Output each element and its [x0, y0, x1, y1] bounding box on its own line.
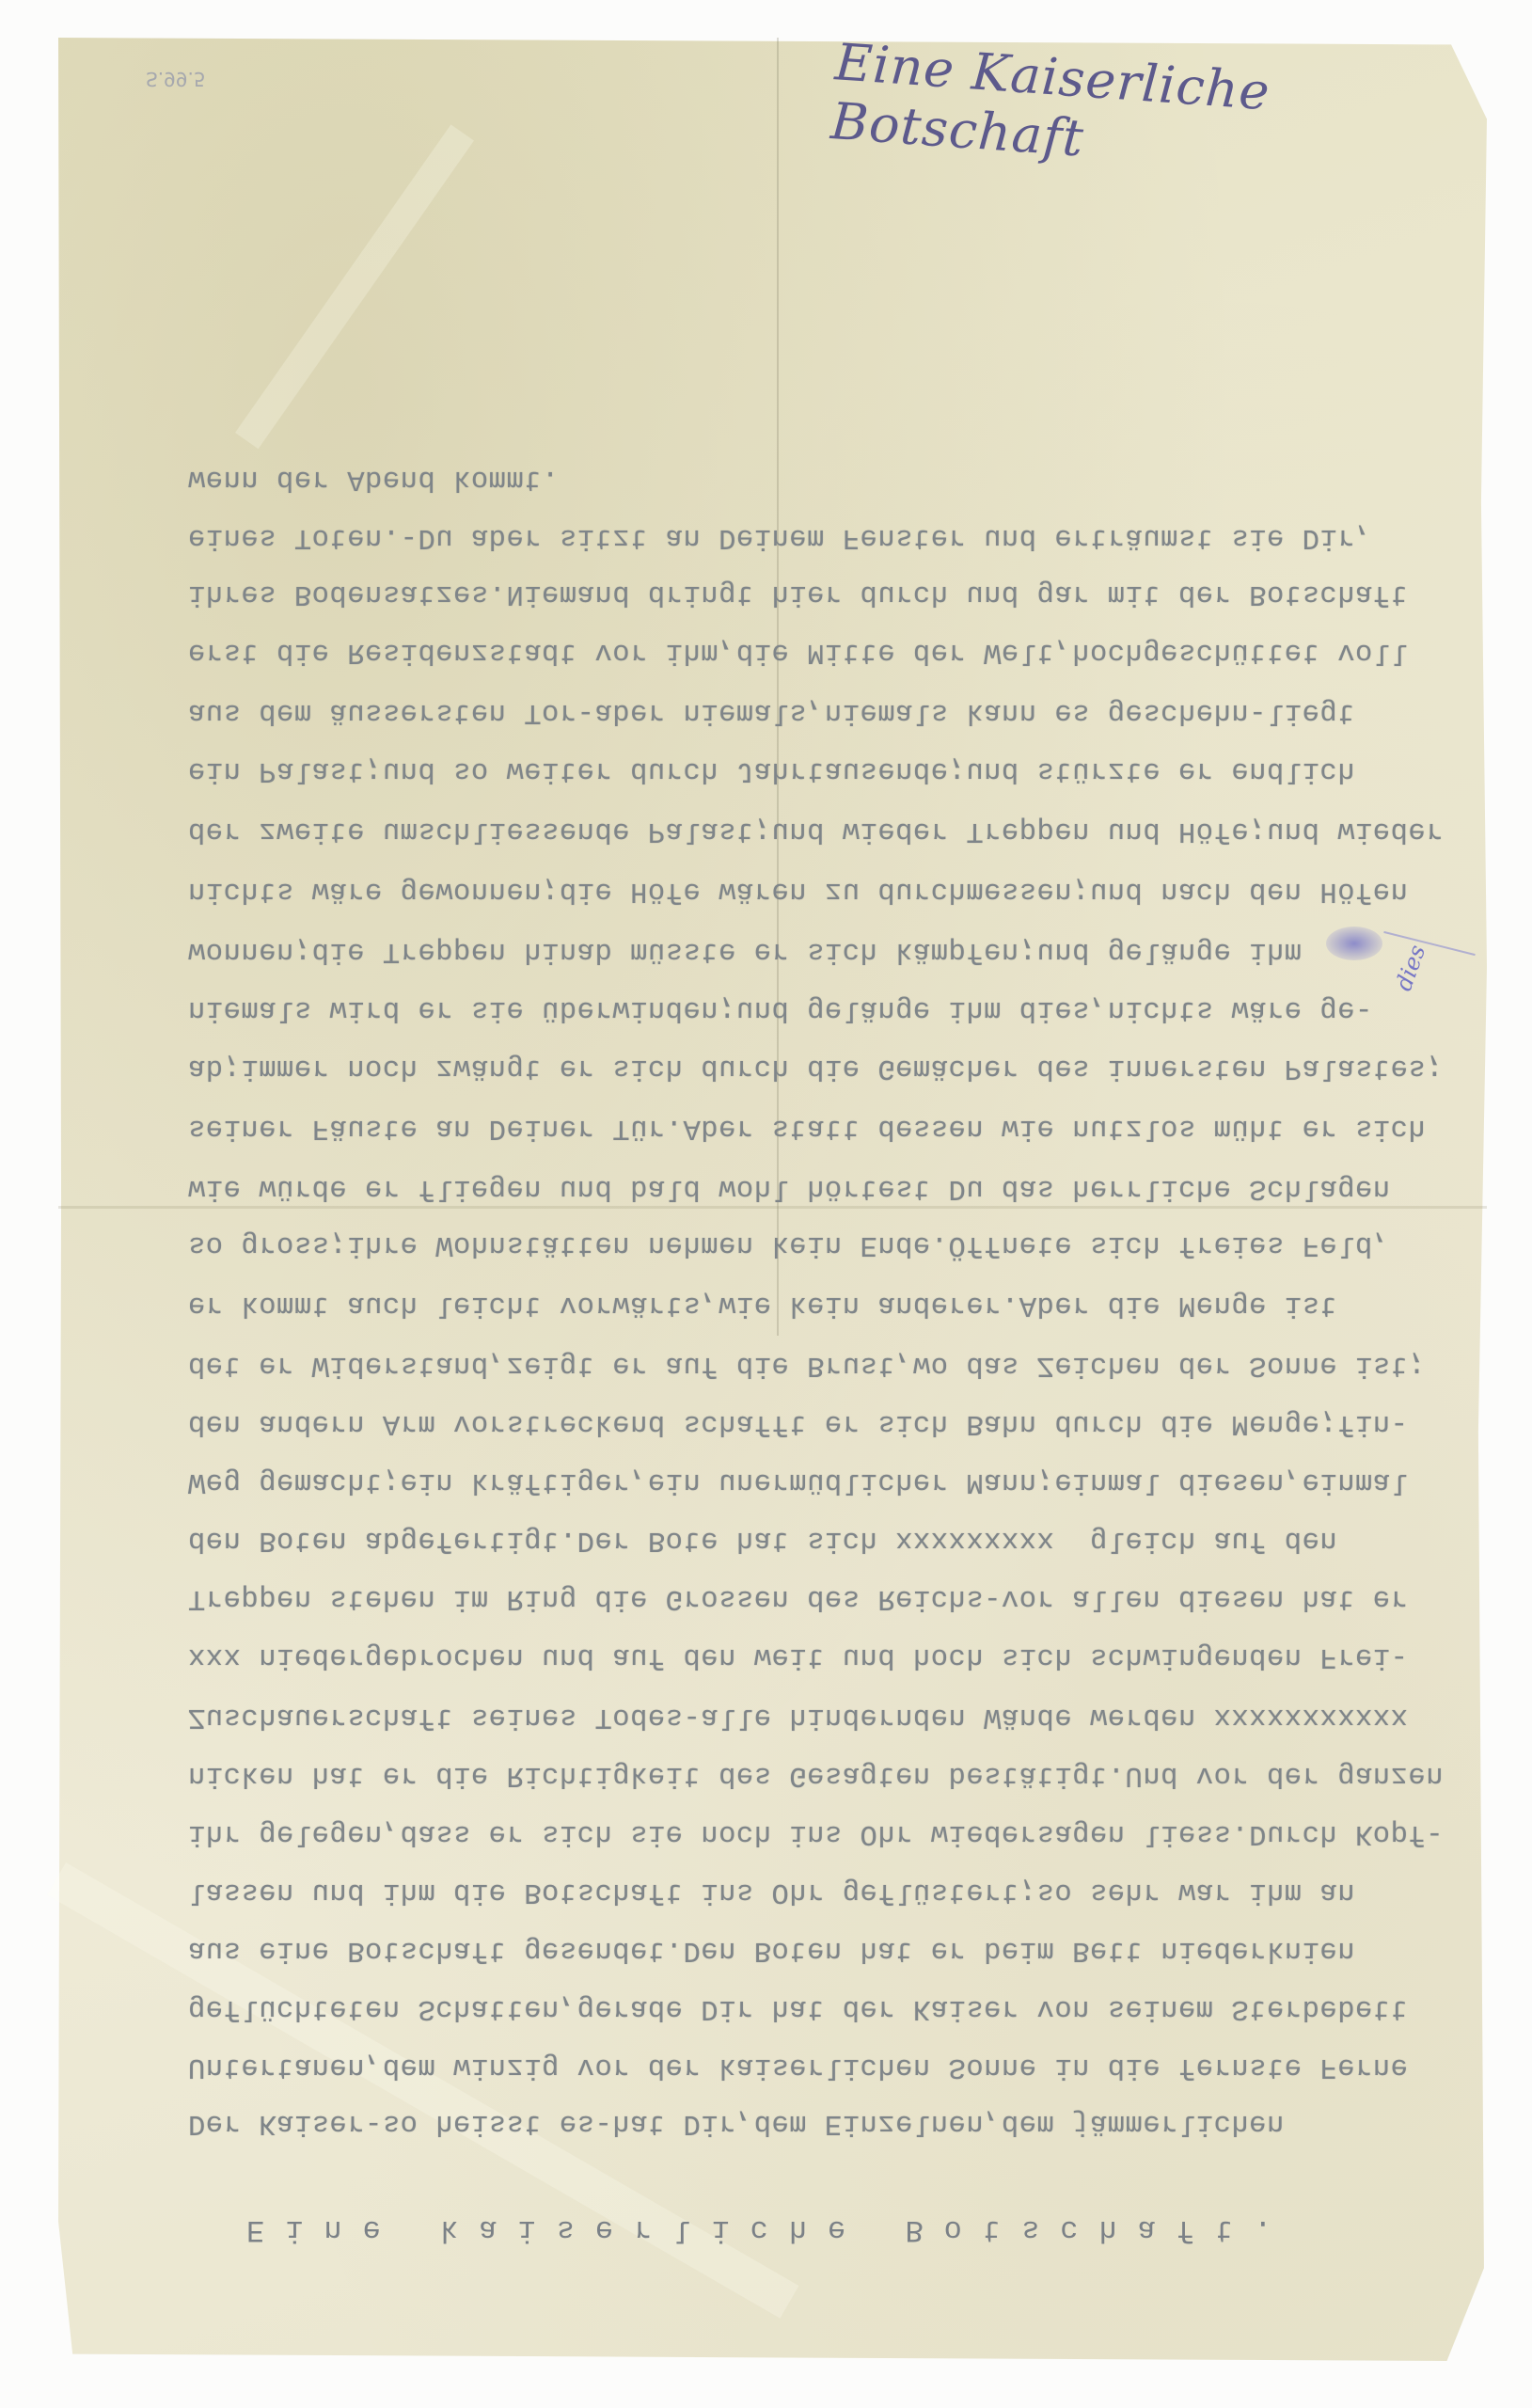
typed-line: eines Toten.-Du aber sitzt an Deinem Fen…	[188, 521, 1373, 553]
typed-line: nichts wäre gewonnen;die Höfe wären zu d…	[188, 875, 1408, 907]
typed-line: den andern Arm vorstreckend schafft er s…	[188, 1407, 1408, 1439]
typed-line: xxx niedergebrochen und auf den weit und…	[188, 1640, 1408, 1672]
typed-line: wie würde er fliegen und bald wohl hörte…	[188, 1172, 1391, 1204]
typed-line: Untertanen,dem winzig vor der kaiserlich…	[188, 2051, 1408, 2083]
typed-line: Der Kaiser-so heisst es-hat Dir,dem Einz…	[188, 2107, 1285, 2139]
typed-line: Weg gemacht;ein kräftiger,ein unermüdlic…	[188, 1465, 1408, 1497]
typed-line: nicken hat er die Richtigkeit des Gesagt…	[188, 1759, 1444, 1791]
typed-line: der zweite umschliessende Palast;und wie…	[188, 815, 1444, 847]
typed-line: aus eine Botschaft gesendet.Den Boten ha…	[188, 1934, 1355, 1966]
typed-line: Zuschauerschaft seines Todes-alle hinder…	[188, 1701, 1408, 1733]
typed-line: erst die Residenzstadt vor ihm,die Mitte…	[188, 636, 1408, 668]
typed-line: so gross;ihre Wohnstätten nehmen kein En…	[188, 1228, 1391, 1260]
typed-document-title: Eine kaiserliche Botschaft.	[246, 2212, 1292, 2247]
typed-line: seiner Fäuste an Deiner Tür.Aber statt d…	[188, 1112, 1426, 1144]
typed-line: ein Palast;und so weiter durch Jahrtause…	[188, 754, 1355, 786]
typed-line: ihres Bodensatzes.Niemand dringt hier du…	[188, 578, 1408, 610]
typed-line: geflüchteten Schatten,gerade Dir hat der…	[188, 1992, 1408, 2024]
typed-line: lassen und ihm die Botschaft ins Ohr gef…	[188, 1876, 1355, 1908]
horizontal-fold-line	[58, 1206, 1487, 1209]
ink-blot-correction	[1326, 927, 1382, 960]
typed-line: Treppen stehen im Ring die Grossen des R…	[188, 1582, 1408, 1614]
typed-line: er kommt auch leicht vorwärts,wie kein a…	[188, 1289, 1337, 1321]
typed-line: wenn der Abend kommt.	[188, 463, 560, 495]
typed-line: ab;immer noch zwängt er sich durch die G…	[188, 1052, 1444, 1084]
typed-line: niemals wird er sie überwinden;und gelän…	[188, 993, 1373, 1025]
typed-line: wonnen;die Treppen hinab müsste er sich …	[188, 935, 1303, 967]
typed-line: den Boten abgefertigt.Der Bote hat sich …	[188, 1524, 1337, 1556]
typed-line: det er Widerstand,zeigt er auf die Brust…	[188, 1349, 1426, 1381]
typed-line: aus dem äussersten Tor-aber niemals,niem…	[188, 696, 1355, 728]
archive-pencil-mark: S.99.5	[146, 68, 206, 90]
typed-line: ihr gelegen,dass er sich sie noch ins Oh…	[188, 1817, 1444, 1849]
